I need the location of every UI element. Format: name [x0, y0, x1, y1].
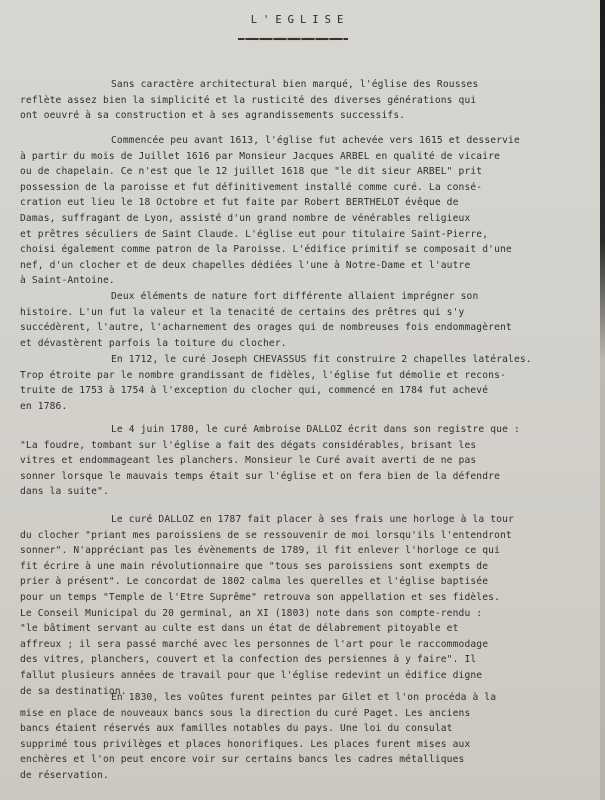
text-line: vitres et endommageant les planchers. Mo… [20, 453, 600, 469]
text-line: dans la suite". [20, 484, 600, 500]
text-line: Commencée peu avant 1613, l'église fut a… [20, 133, 600, 149]
text-line: possession de la paroisse et fut définit… [20, 180, 600, 196]
text-line: enchères et l'on peut encore voir sur ce… [20, 752, 600, 768]
text-line: bancs étaient réservés aux familles nota… [20, 721, 600, 737]
paragraph-elements: Deux éléments de nature fort différente … [20, 289, 600, 351]
text-line: et prêtres séculiers de Saint Claude. L'… [20, 227, 600, 243]
text-line: succédèrent, l'autre, l'acharnement des … [20, 320, 600, 336]
text-line: truite de 1753 à 1754 à l'exception du c… [20, 383, 600, 399]
text-line: à Saint-Antoine. [20, 273, 600, 289]
text-line: des vitres, planchers, couvert et la con… [20, 652, 600, 668]
paragraph-1780: Le 4 juin 1780, le curé Ambroise DALLOZ … [20, 422, 600, 500]
text-line: en 1786. [20, 399, 600, 415]
text-line: Deux éléments de nature fort différente … [20, 289, 600, 305]
document-page: L'EGLISE Sans caractère architectural bi… [0, 0, 600, 800]
text-line: ou de chapelain. Ce n'est que le 12 juil… [20, 164, 600, 180]
text-line: reflète assez bien la simplicité et la r… [20, 93, 600, 109]
text-line: Sans caractère architectural bien marqué… [20, 77, 600, 93]
text-line: "La foudre, tombant sur l'église a fait … [20, 438, 600, 454]
text-line: En 1830, les voûtes furent peintes par G… [20, 690, 600, 706]
text-line: mise en place de nouveaux bancs sous la … [20, 706, 600, 722]
text-line: sonner". N'appréciant pas les évènements… [20, 543, 600, 559]
paragraph-horloge: Le curé DALLOZ en 1787 fait placer à ses… [20, 512, 600, 699]
paragraph-construction: Commencée peu avant 1613, l'église fut a… [20, 133, 600, 289]
text-line: choisi également comme patron de la Paro… [20, 242, 600, 258]
document-title: L'EGLISE [0, 14, 600, 26]
paragraph-1830: En 1830, les voûtes furent peintes par G… [20, 690, 600, 784]
text-line: En 1712, le curé Joseph CHEVASSUS fit co… [20, 352, 600, 368]
page-edge-shadow [600, 0, 605, 800]
text-line: pour un temps "Temple de l'Etre Suprême"… [20, 590, 600, 606]
paragraph-1712: En 1712, le curé Joseph CHEVASSUS fit co… [20, 352, 600, 414]
text-line: ont oeuvré à sa construction et à ses ag… [20, 108, 600, 124]
paragraph-intro: Sans caractère architectural bien marqué… [20, 77, 600, 124]
text-line: supprimé tous privilèges et places honor… [20, 737, 600, 753]
text-line: affreux ; il sera passé marché avec les … [20, 637, 600, 653]
text-line: fallut plusieurs années de travail pour … [20, 668, 600, 684]
title-underline [236, 36, 352, 42]
text-line: "le bâtiment servant au culte est dans u… [20, 621, 600, 637]
text-line: à partir du mois de Juillet 1616 par Mon… [20, 149, 600, 165]
text-line: du clocher "priant mes paroissiens de se… [20, 528, 600, 544]
text-line: fit écrire à une main révolutionnaire qu… [20, 559, 600, 575]
text-line: Le Conseil Municipal du 20 germinal, an … [20, 606, 600, 622]
text-line: de réservation. [20, 768, 600, 784]
text-line: nef, d'un clocher et de deux chapelles d… [20, 258, 600, 274]
text-line: Damas, suffragant de Lyon, assisté d'un … [20, 211, 600, 227]
text-line: Le curé DALLOZ en 1787 fait placer à ses… [20, 512, 600, 528]
text-line: Trop étroite par le nombre grandissant d… [20, 368, 600, 384]
text-line: sonner lorsque le mauvais temps était su… [20, 469, 600, 485]
text-line: et dévastèrent parfois la toiture du clo… [20, 336, 600, 352]
text-line: histoire. L'un fut la valeur et la tenac… [20, 305, 600, 321]
text-line: prier à présent". Le concordat de 1802 c… [20, 574, 600, 590]
text-line: cration eut lieu le 18 Octobre et fut fa… [20, 195, 600, 211]
text-line: Le 4 juin 1780, le curé Ambroise DALLOZ … [20, 422, 600, 438]
